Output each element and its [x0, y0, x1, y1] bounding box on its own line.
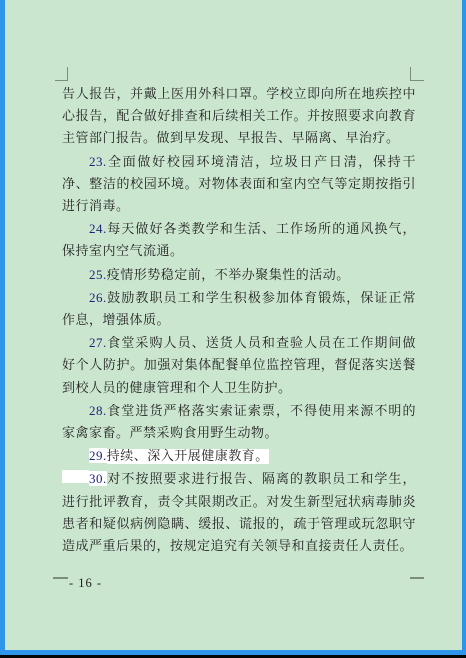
paragraph-indent: [62, 220, 89, 233]
paragraph: 30.对不按照要求进行报告、隔离的教职员工和学生，进行批评教育，责令其限期改正。…: [62, 468, 416, 558]
paragraph-indent: [62, 266, 89, 279]
paragraph-indent: [62, 447, 89, 460]
paragraph: 26.鼓励教职员工和学生积极参加体育锻炼，保证正常作息，增强体质。: [62, 287, 416, 332]
item-number: 27.: [89, 335, 107, 350]
paragraph-indent: [62, 470, 89, 483]
text-run: 疫情形势稳定前，不举办聚集性的活动。: [107, 268, 350, 283]
paragraph: 告人报告，并戴上医用外科口罩。学校立即向所在地疾控中心报告，配合做好排查和后续相…: [62, 84, 416, 151]
item-number: 24.: [89, 221, 107, 236]
margin-mark-bottom-left: [53, 577, 68, 579]
text-run: 告人报告，并戴上医用外科口罩。学校立即向所在地疾控中心报告，配合做好排查和后续相…: [62, 87, 416, 146]
text-run: 鼓励教职员工和学生积极参加体育锻炼，保证正常作息，增强体质。: [62, 291, 416, 328]
text-run: 食堂采购人员、送货人员和查验人员在工作期间做好个人防护。加强对集体配餐单位监控管…: [62, 336, 416, 395]
page-number: - 16 -: [69, 576, 102, 591]
paragraph: 25.疫情形势稳定前，不举办聚集性的活动。: [62, 264, 416, 287]
text-run: 每天做好各类教学和生活、工作场所的通风换气，保持室内空气流通。: [62, 222, 416, 259]
item-number: 29.: [89, 448, 107, 463]
paragraph: 29.持续、深入开展健康教育。: [62, 445, 416, 468]
paragraph-indent: [62, 153, 89, 166]
text-run: 食堂进货严格落实索证索票，不得使用来源不明的家禽家畜。严禁采购食用野生动物。: [62, 404, 416, 441]
paragraph: 24.每天做好各类教学和生活、工作场所的通风换气，保持室内空气流通。: [62, 218, 416, 263]
text-run: 持续、深入开展健康教育。: [107, 449, 269, 464]
paragraph-indent: [62, 334, 89, 347]
margin-mark-bottom-right: [410, 577, 424, 579]
paragraph: 23.全面做好校园环境清洁，垃圾日产日清，保持干净、整洁的校园环境。对物体表面和…: [62, 151, 416, 219]
item-number: 23.: [89, 154, 107, 169]
margin-mark-top-left: [55, 67, 68, 81]
document-canvas: 告人报告，并戴上医用外科口罩。学校立即向所在地疾控中心报告，配合做好排查和后续相…: [0, 0, 466, 655]
margin-mark-top-right: [410, 67, 424, 81]
paragraph-indent: [62, 402, 89, 415]
item-number: 25.: [89, 267, 107, 282]
paragraph-indent: [62, 289, 89, 302]
text-run: 对不按照要求进行报告、隔离的教职员工和学生，进行批评教育，责令其限期改正。对发生…: [62, 472, 416, 554]
paragraph: 27.食堂采购人员、送货人员和查验人员在工作期间做好个人防护。加强对集体配餐单位…: [62, 332, 416, 400]
document-text[interactable]: 告人报告，并戴上医用外科口罩。学校立即向所在地疾控中心报告，配合做好排查和后续相…: [62, 84, 416, 558]
item-number: 26.: [89, 290, 107, 305]
item-number: 28.: [89, 403, 107, 418]
paragraph: 28.食堂进货严格落实索证索票，不得使用来源不明的家禽家畜。严禁采购食用野生动物…: [62, 400, 416, 445]
text-run: 全面做好校园环境清洁，垃圾日产日清，保持干净、整洁的校园环境。对物体表面和室内空…: [62, 155, 416, 214]
item-number: 30.: [89, 471, 107, 486]
